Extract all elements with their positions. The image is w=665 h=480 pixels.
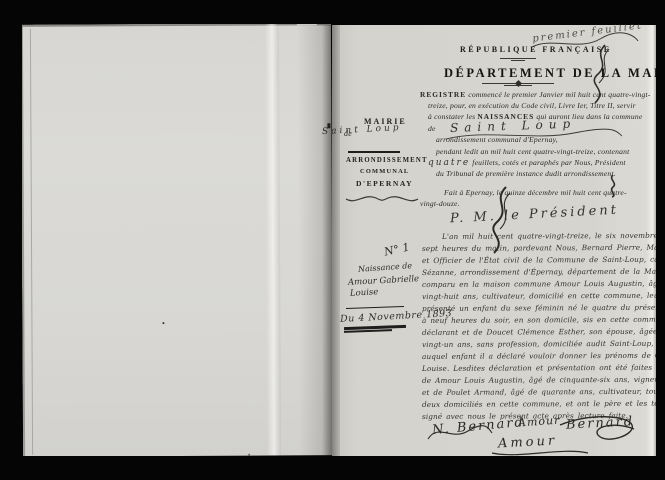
stamp-arrondissement: ARRONDISSEMENT [346, 157, 428, 164]
act-line: Louise. Lesdites déclaration et présenta… [422, 363, 665, 373]
intro-line-5: arrondissement communal d'Epernay, [436, 135, 558, 144]
fait-a-epernay-line1: Fait à Epernay, le quinze décembre mil h… [444, 188, 627, 197]
act-line: et Officier de l'État civil de la Commun… [422, 255, 665, 265]
intro-line-1: REGISTRE commencé le premier Janvier mil… [420, 90, 651, 99]
right-edge-paraph [606, 173, 620, 199]
act-line: à neuf heures du soir, en son domicile, … [422, 315, 665, 325]
act-line: deux domiciliés en cette commune, et ont… [422, 399, 665, 409]
margin-closing-line-2 [344, 329, 392, 333]
stamp-divider [348, 151, 400, 153]
act-line: auquel enfant il a déclaré vouloir donne… [422, 351, 665, 361]
signature-3-flourish [558, 411, 638, 447]
margin-act-number: N° 1 [383, 240, 411, 258]
act-line: de Amour Louis Augustin, âgé de cinquant… [422, 375, 665, 385]
header-divider-small [500, 58, 536, 59]
intro-line-6: pendant ledit an mil huit cent quatre-vi… [436, 147, 629, 156]
pm-le-president-handwritten: P. M. le Président [450, 203, 620, 227]
intro-line-7: quatre feuillets, cotés et paraphés par … [428, 158, 626, 168]
act-line: vingt-huit ans, cultivateur, domicilié e… [422, 291, 665, 301]
margin-child-name-1: Amour Gabrielle [348, 274, 420, 288]
scanner-background-right [656, 0, 665, 480]
scanner-background-left [0, 0, 22, 480]
registre-word: REGISTRE [420, 90, 466, 99]
act-line: sept heures du matin, pardevant Nous, Be… [422, 243, 665, 253]
feuillets-count-handwritten: quatre [428, 158, 470, 168]
scanner-background-top [0, 0, 665, 24]
margin-child-name-2: Louise [350, 287, 379, 298]
act-line: comparu en la maison commune Amour Louis… [422, 279, 665, 289]
book-gutter [322, 25, 340, 456]
republique-francaise-title: RÉPUBLIQUE FRANÇAISE [460, 45, 612, 54]
act-line: déclarant et de Doucet Clémence Esther, … [422, 327, 665, 337]
stamp-communal: COMMUNAL [360, 168, 409, 175]
act-line: vingt-un ans, sans profession, domicilié… [422, 339, 665, 349]
act-line: présenté un enfant du sexe féminin né le… [422, 303, 665, 313]
register-scan: premier feuillet RÉPUBLIQUE FRANÇAISE DÉ… [0, 0, 665, 480]
fait-a-epernay-line2: vingt-douze. [420, 199, 460, 208]
page-fold-highlight [265, 23, 281, 455]
ink-speck [162, 322, 164, 324]
signature-2: Amour [518, 414, 561, 430]
scanner-background-bottom [0, 456, 665, 480]
page-edge-line [30, 29, 33, 455]
intro-line-8: du Tribunal de première instance dudit a… [436, 169, 616, 178]
act-line: et de Poulet Armand, âgé de quarante ans… [422, 387, 662, 397]
act-line: L'an mil huit cent quatre-vingt-treize, … [442, 231, 665, 241]
register-title-page: premier feuillet RÉPUBLIQUE FRANÇAISE DÉ… [332, 25, 656, 456]
signature-1-flourish [424, 421, 494, 443]
margin-separator-line [346, 306, 404, 309]
stamp-flourish-ornament [344, 191, 420, 205]
left-blank-page [21, 23, 333, 457]
margin-naissance-de: Naissance de [358, 261, 413, 274]
intro-line-2: treize, pour, en exécution du Code civil… [428, 101, 636, 110]
intro-line-4-de: de [428, 124, 436, 133]
stamp-epernay: D'EPERNAY [356, 179, 413, 188]
departement-marne-title: DÉPARTEMENT DE LA MARNE [444, 66, 665, 81]
act-line: Sézanne, arrondissement d'Épernay, dépar… [422, 267, 665, 277]
